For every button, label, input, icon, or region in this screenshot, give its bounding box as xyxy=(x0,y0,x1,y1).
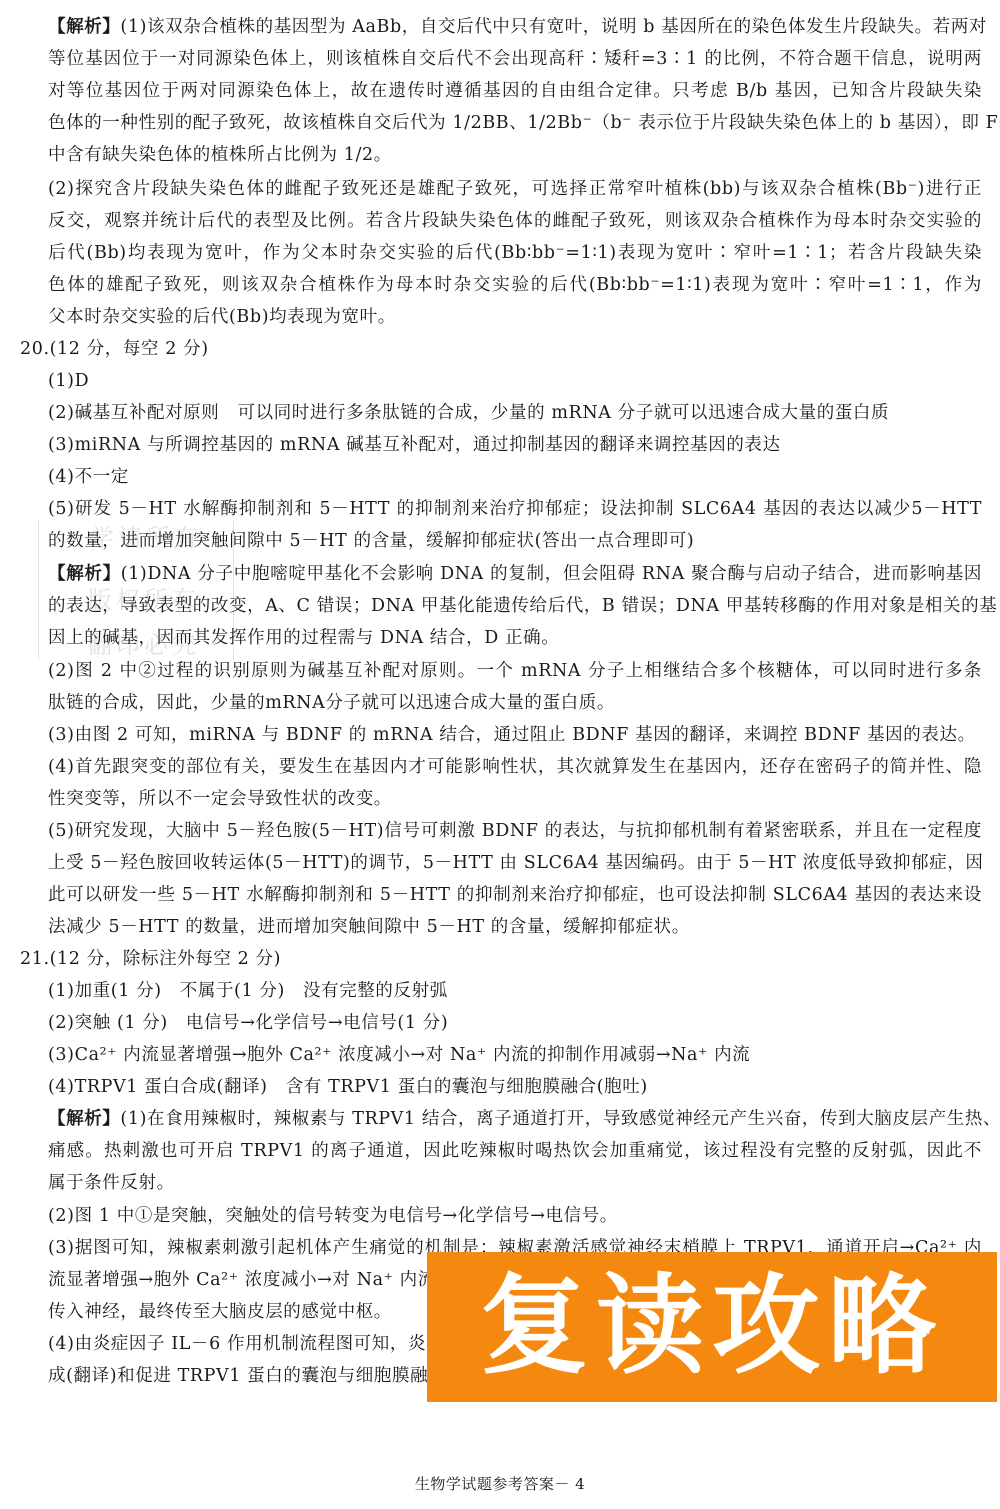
analysis-line: 后代(Bb)均表现为宽叶，作为父本时杂交实验的后代(Bb∶bb⁻=1∶1)表现为… xyxy=(48,242,982,264)
analysis-line: 反交，观察并统计后代的表型及比例。若含片段缺失染色体的雌配子致死，则该双杂合植株… xyxy=(48,210,982,232)
answer-line: (3)miRNA 与所调控基因的 mRNA 碱基互补配对，通过抑制基因的翻译来调… xyxy=(48,434,982,456)
question-header: 21.(12 分，除标注外每空 2 分) xyxy=(20,948,982,970)
answer-key-page: 学请所有 版权所有 翻印必究 【解析】(1)该双杂合植株的基因型为 AaBb，自… xyxy=(0,0,1000,1509)
analysis-line: 的表达，导致表型的改变，A、C 错误；DNA 甲基化能遗传给后代，B 错误；DN… xyxy=(48,595,982,617)
analysis-line: 色体的一种性别的配子致死，故该植株自交后代为 1/2BB、1/2Bb⁻（b⁻ 表… xyxy=(48,112,982,134)
analysis-line: 【解析】(1)该双杂合植株的基因型为 AaBb，自交后代中只有宽叶，说明 b 基… xyxy=(48,16,982,38)
analysis-line: (2)探究含片段缺失染色体的雌配子致死还是雄配子致死，可选择正常窄叶植株(bb)… xyxy=(48,178,982,200)
answer-line: (5)研发 5－HT 水解酶抑制剂和 5－HTT 的抑制剂来治疗抑郁症；设法抑制… xyxy=(48,498,982,520)
analysis-line: 【解析】(1)在食用辣椒时，辣椒素与 TRPV1 结合，离子通道打开，导致感觉神… xyxy=(48,1108,982,1130)
answer-line: 的数量，进而增加突触间隙中 5－HT 的含量，缓解抑郁症状(答出一点合理即可) xyxy=(48,530,982,552)
analysis-line: 此可以研发一些 5－HT 水解酶抑制剂和 5－HTT 的抑制剂来治疗抑郁症，也可… xyxy=(48,884,982,906)
answer-line: (4)不一定 xyxy=(48,466,982,488)
analysis-line: 对等位基因位于两对同源染色体上，故在遗传时遵循基因的自由组合定律。只考虑 B/b… xyxy=(48,80,982,102)
promo-banner-text: 复读攻略 xyxy=(480,1273,944,1381)
analysis-line: (2)图 1 中①是突触，突触处的信号转变为电信号→化学信号→电信号。 xyxy=(48,1205,982,1227)
analysis-line: 肽链的合成，因此，少量的mRNA分子就可以迅速合成大量的蛋白质。 xyxy=(48,692,982,714)
analysis-line: 性突变等，所以不一定会导致性状的改变。 xyxy=(48,788,982,810)
analysis-line: 【解析】(1)DNA 分子中胞嘧啶甲基化不会影响 DNA 的复制，但会阻碍 RN… xyxy=(48,563,982,585)
answer-line: (2)碱基互补配对原则 可以同时进行多条肽链的合成，少量的 mRNA 分子就可以… xyxy=(48,402,982,424)
analysis-line: 上受 5－羟色胺回收转运体(5－HTT)的调节，5－HTT 由 SLC6A4 基… xyxy=(48,852,982,874)
question-header: 20.(12 分，每空 2 分) xyxy=(20,338,982,360)
analysis-label: 【解析】 xyxy=(48,564,121,584)
analysis-line: 痛感。热刺激也可开启 TRPV1 的离子通道，因此吃辣椒时喝热饮会加重痛觉，该过… xyxy=(48,1140,982,1162)
analysis-line: 法减少 5－HTT 的数量，进而增加突触间隙中 5－HT 的含量，缓解抑郁症状。 xyxy=(48,916,982,938)
analysis-line: (4)首先跟突变的部位有关，要发生在基因内才可能影响性状，其次就算发生在基因内，… xyxy=(48,756,982,778)
promo-banner: 复读攻略 xyxy=(427,1252,997,1402)
analysis-label: 【解析】 xyxy=(48,1109,120,1129)
analysis-line: 因上的碱基，因而其发挥作用的过程需与 DNA 结合，D 正确。 xyxy=(48,627,982,649)
answer-line: (1)加重(1 分) 不属于(1 分) 没有完整的反射弧 xyxy=(48,980,982,1002)
analysis-line: 属于条件反射。 xyxy=(48,1172,982,1194)
page-footer: 生物学试题参考答案－ 4 xyxy=(0,1473,1000,1494)
analysis-line: 中含有缺失染色体的植株所占比例为 1/2。 xyxy=(48,144,982,166)
watermark-rule xyxy=(38,520,39,660)
answer-line: (2)突触 (1 分) 电信号→化学信号→电信号(1 分) xyxy=(48,1012,982,1034)
analysis-line: (2)图 2 中②过程的识别原则为碱基互补配对原则。一个 mRNA 分子上相继结… xyxy=(48,660,982,682)
analysis-line: 父本时杂交实验的后代(Bb)均表现为宽叶。 xyxy=(48,306,982,328)
answer-line: (1)D xyxy=(48,370,982,392)
answer-line: (3)Ca²⁺ 内流显著增强→胞外 Ca²⁺ 浓度减小→对 Na⁺ 内流的抑制作… xyxy=(48,1044,982,1066)
analysis-line: (3)由图 2 可知，miRNA 与 BDNF 的 mRNA 结合，通过阻止 B… xyxy=(48,724,982,746)
analysis-line: 等位基因位于一对同源染色体上，则该植株自交后代不会出现高秆∶矮秆=3∶1 的比例… xyxy=(48,48,982,70)
answer-line: (4)TRPV1 蛋白合成(翻译) 含有 TRPV1 蛋白的囊泡与细胞膜融合(胞… xyxy=(48,1076,982,1098)
analysis-line: (5)研究发现，大脑中 5－羟色胺(5－HT)信号可刺激 BDNF 的表达，与抗… xyxy=(48,820,982,842)
analysis-line: 色体的雄配子致死，则该双杂合植株作为母本时杂交实验的后代(Bb∶bb⁻=1∶1)… xyxy=(48,274,982,296)
analysis-label: 【解析】 xyxy=(48,17,120,37)
